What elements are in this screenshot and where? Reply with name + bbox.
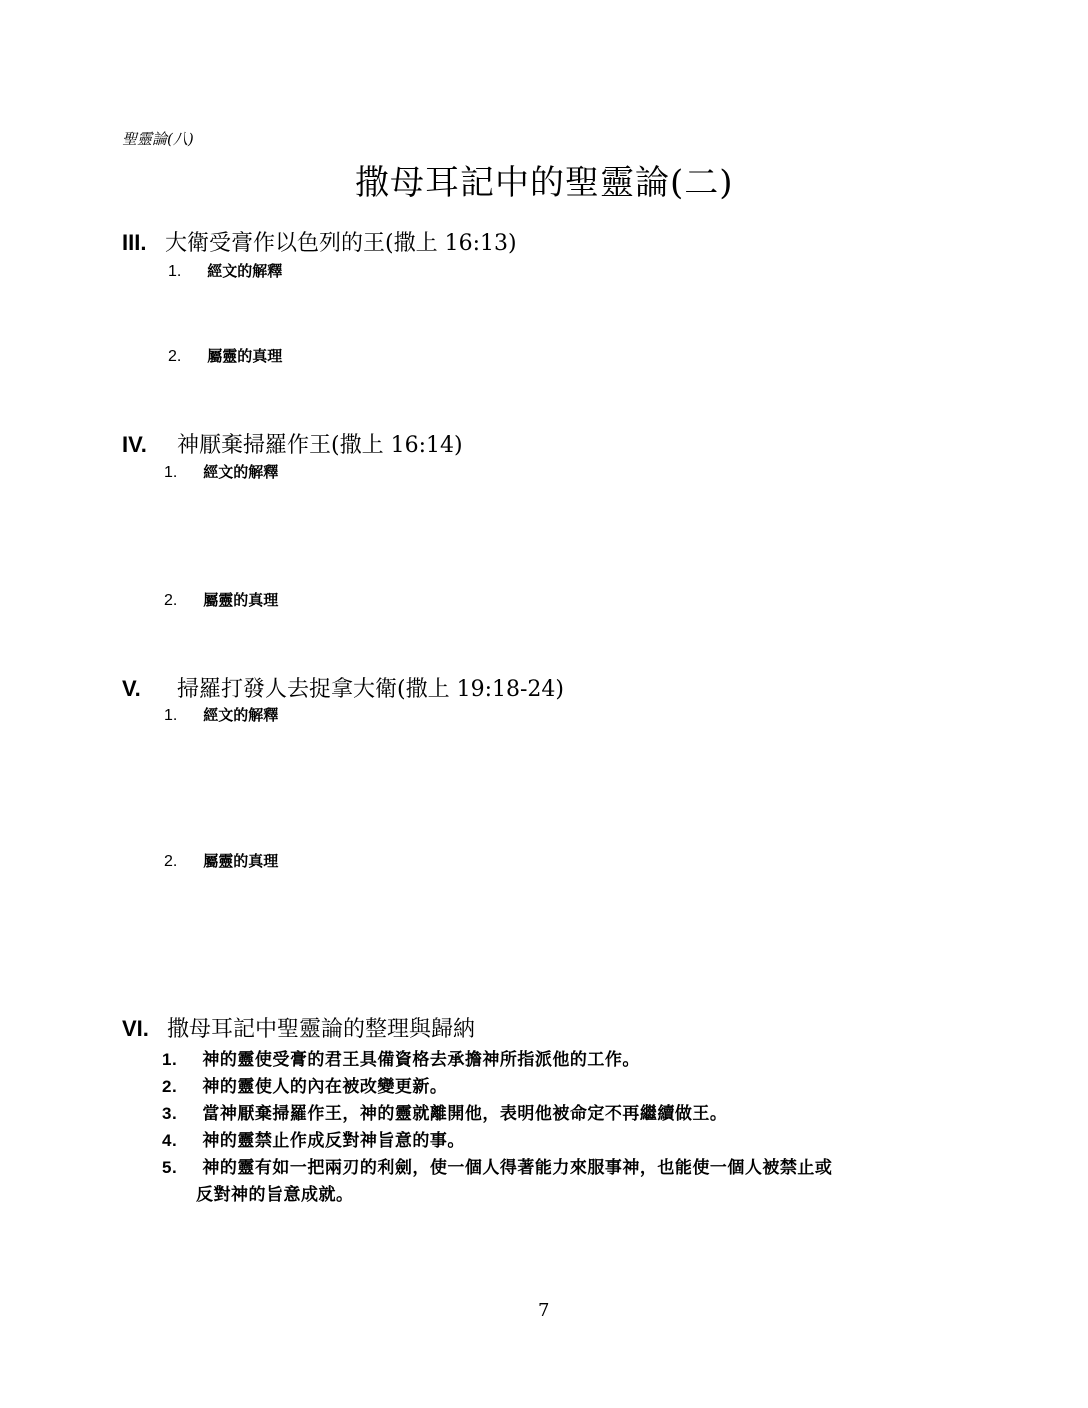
summary-item: 1. 神的靈使受膏的君王具備資格去承擔神所指派他的工作。 (162, 1045, 640, 1070)
section-numeral: IV. (122, 432, 170, 458)
sub-item: 1. 經文的解釋 (164, 704, 278, 725)
sub-item-label: 經文的解釋 (207, 262, 282, 280)
section-numeral: VI. (122, 1016, 160, 1042)
summary-item: 3. 當神厭棄掃羅作王，神的靈就離開他，表明他被命定不再繼續做王。 (162, 1099, 727, 1124)
sub-item-label: 經文的解釋 (203, 463, 278, 481)
running-head: 聖靈論(八) (122, 128, 194, 149)
sub-item-label: 屬靈的真理 (203, 852, 278, 870)
sub-item-label: 經文的解釋 (203, 706, 278, 724)
sub-item: 2. 屬靈的真理 (168, 345, 282, 366)
sub-item-label: 屬靈的真理 (207, 347, 282, 365)
summary-item-text: 神的靈使人的內在被改變更新。 (202, 1077, 447, 1097)
sub-item-number: 2. (164, 853, 198, 871)
sub-item-number: 2. (164, 592, 198, 610)
section-heading-vi: VI. 撒母耳記中聖靈論的整理與歸納 (122, 1012, 475, 1043)
sub-item-number: 2. (168, 348, 202, 366)
summary-item-number: 2. (162, 1077, 196, 1097)
summary-item-number: 1. (162, 1050, 196, 1070)
section-title: 掃羅打發人去捉拿大衛(撒上 19:18-24) (177, 677, 564, 702)
page-title: 撒母耳記中的聖靈論(二) (355, 155, 734, 204)
summary-item-text: 當神厭棄掃羅作王，神的靈就離開他，表明他被命定不再繼續做王。 (202, 1104, 727, 1124)
section-heading-iv: IV. 神厭棄掃羅作王(撒上 16:14) (122, 428, 463, 459)
sub-item-number: 1. (164, 707, 198, 725)
sub-item-number: 1. (164, 464, 198, 482)
section-heading-iii: III. 大衛受膏作以色列的王(撒上 16:13) (122, 226, 517, 257)
summary-item: 4. 神的靈禁止作成反對神旨意的事。 (162, 1126, 465, 1151)
sub-item-label: 屬靈的真理 (203, 591, 278, 609)
sub-item: 2. 屬靈的真理 (164, 589, 278, 610)
section-title: 神厭棄掃羅作王(撒上 16:14) (177, 433, 463, 458)
summary-item: 5. 神的靈有如一把兩刃的利劍，使一個人得著能力來服事神，也能使一個人被禁止或 (162, 1153, 832, 1178)
summary-item-text: 神的靈有如一把兩刃的利劍，使一個人得著能力來服事神，也能使一個人被禁止或 (202, 1158, 832, 1178)
section-heading-v: V. 掃羅打發人去捉拿大衛(撒上 19:18-24) (122, 672, 564, 703)
section-title: 大衛受膏作以色列的王(撒上 16:13) (165, 231, 517, 256)
sub-item: 1. 經文的解釋 (164, 461, 278, 482)
summary-item: 2. 神的靈使人的內在被改變更新。 (162, 1072, 447, 1097)
summary-item-text: 神的靈禁止作成反對神旨意的事。 (202, 1131, 465, 1151)
section-numeral: III. (122, 230, 158, 256)
section-numeral: V. (122, 676, 170, 702)
summary-item-continuation: 反對神的旨意成就。 (196, 1180, 354, 1205)
section-title: 撒母耳記中聖靈論的整理與歸納 (167, 1017, 475, 1042)
summary-item-number: 5. (162, 1158, 196, 1178)
summary-item-text: 神的靈使受膏的君王具備資格去承擔神所指派他的工作。 (202, 1050, 640, 1070)
summary-item-number: 3. (162, 1104, 196, 1124)
sub-item-number: 1. (168, 263, 202, 281)
sub-item: 2. 屬靈的真理 (164, 850, 278, 871)
page-number: 7 (538, 1300, 549, 1321)
sub-item: 1. 經文的解釋 (168, 260, 282, 281)
summary-item-number: 4. (162, 1131, 196, 1151)
